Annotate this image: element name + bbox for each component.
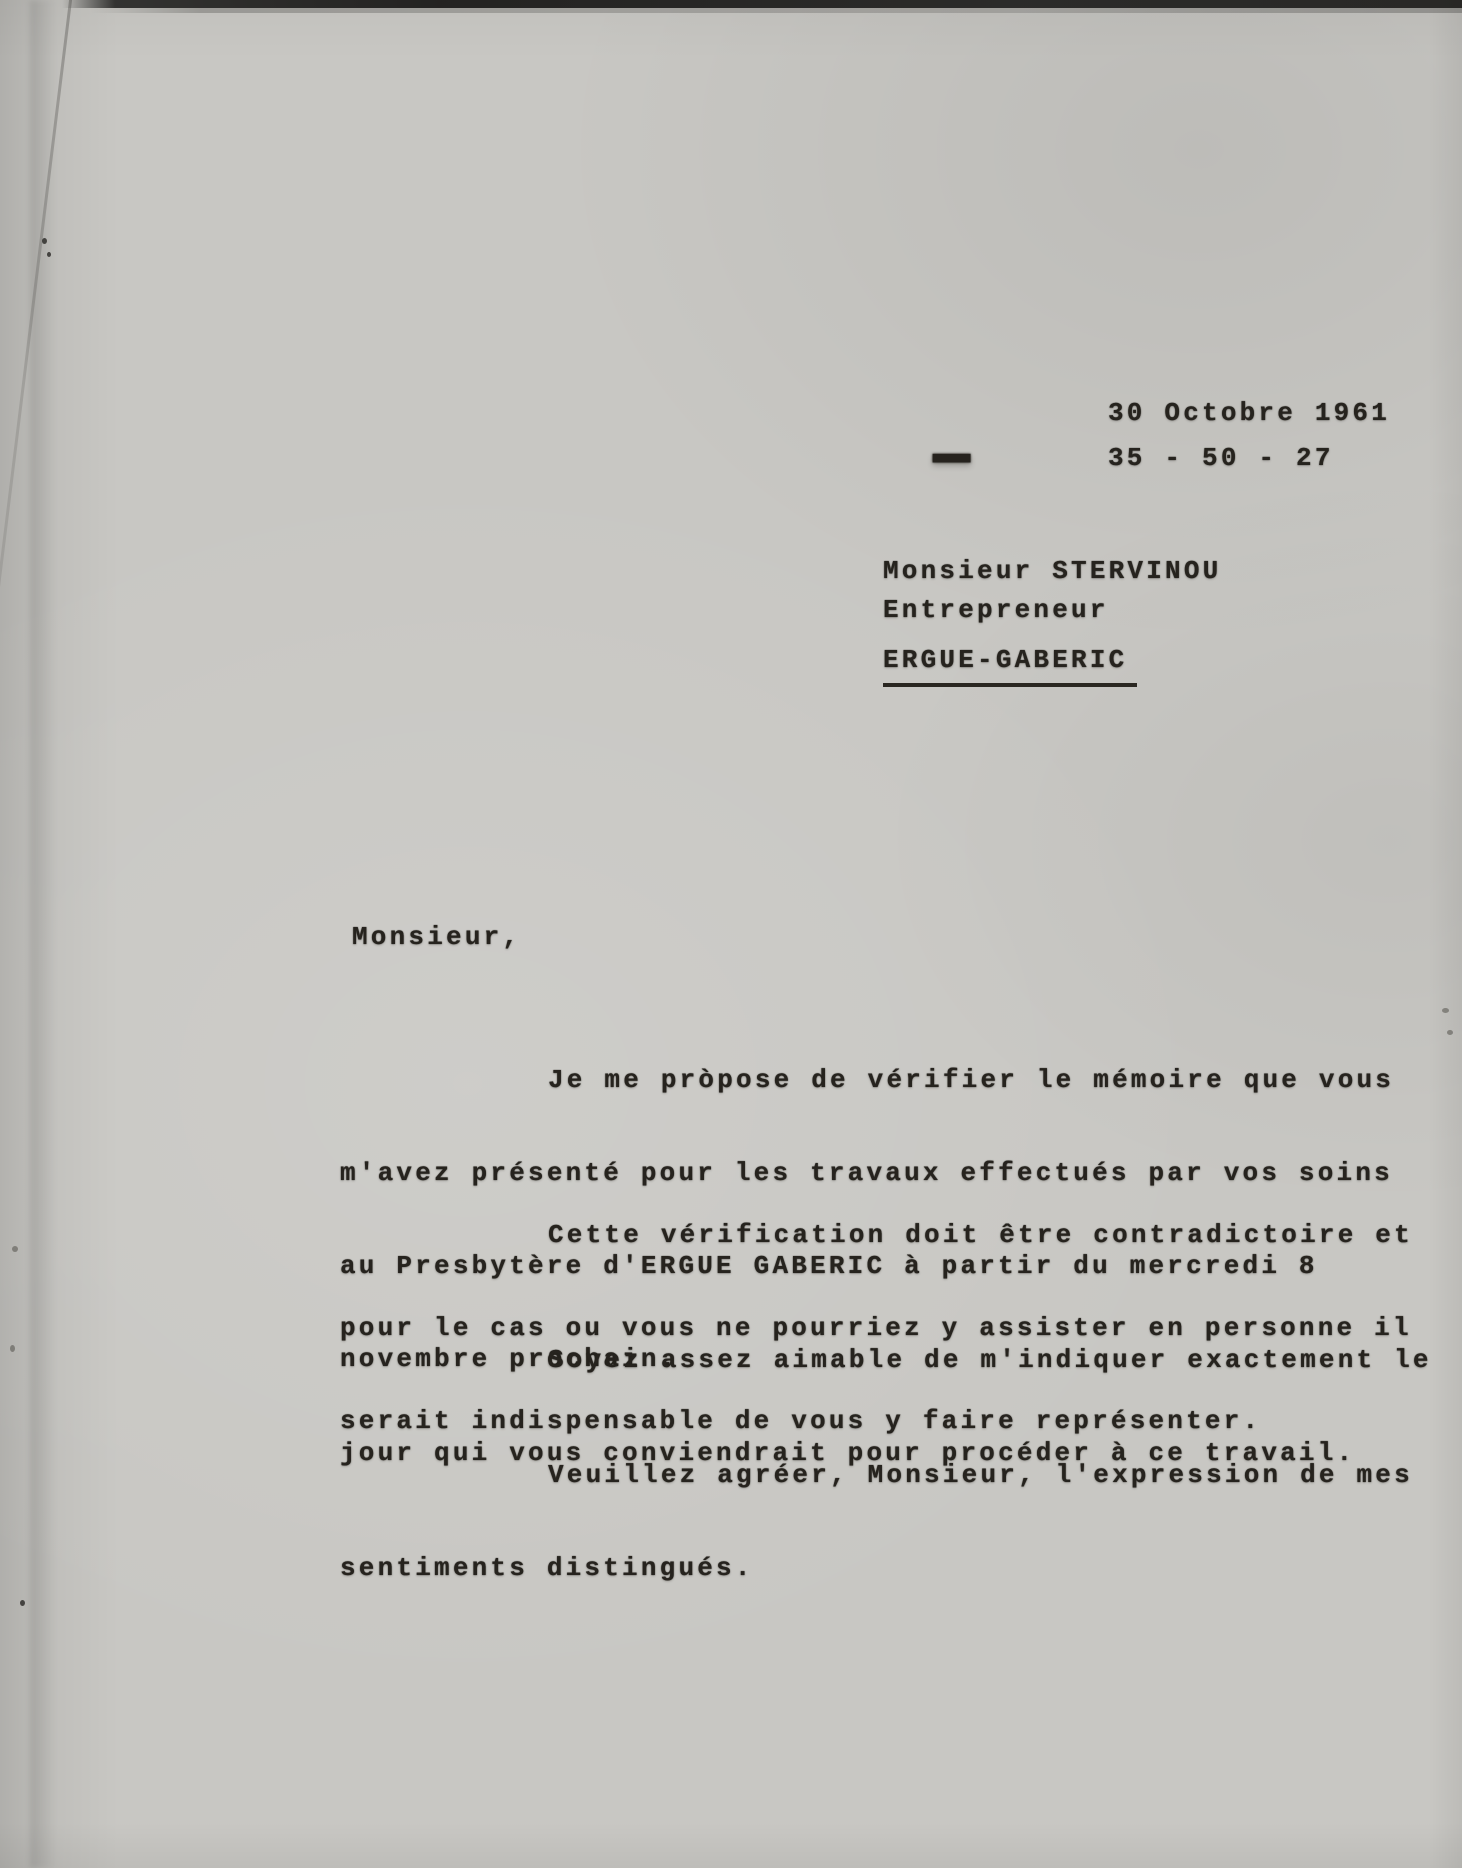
paragraph-line: sentiments distingués.: [340, 1553, 1413, 1584]
scan-speck: [10, 1345, 15, 1352]
recipient-title: Entrepreneur: [883, 591, 1109, 629]
scan-top-edge: [0, 0, 1462, 8]
scan-speck: [1447, 1030, 1453, 1035]
salutation: Monsieur,: [352, 922, 521, 953]
recipient-city: ERGUE-GABERIC: [883, 645, 1137, 687]
dash-glyph: —: [933, 406, 978, 511]
left-fold-shadow: [30, 0, 56, 1868]
recipient-name: Monsieur STERVINOU: [883, 552, 1221, 590]
paragraph-line: Je me pròpose de vérifier le mémoire que…: [548, 1065, 1394, 1096]
paragraph-4: Veuillez agréer, Monsieur, l'expression …: [340, 1398, 1413, 1646]
reference-dash: —: [946, 443, 965, 474]
reference-number: 35 - 50 - 27: [1108, 443, 1334, 474]
paragraph-line: Soyez assez aimable de m'indiquer exacte…: [548, 1345, 1432, 1376]
scan-speck: [42, 238, 47, 244]
scan-speck: [12, 1246, 18, 1252]
scan-speck: [1442, 1008, 1449, 1013]
letter-date: 30 Octobre 1961: [1108, 398, 1390, 429]
recipient-city-text: ERGUE-GABERIC: [883, 645, 1137, 687]
scan-speck: [20, 1600, 25, 1606]
scan-speck: [47, 252, 51, 257]
scanned-letter-page: 30 Octobre 1961 — 35 - 50 - 27 Monsieur …: [0, 0, 1462, 1868]
scan-top-edge-shadow: [0, 8, 1462, 13]
paragraph-line: Cette vérification doit être contradicto…: [548, 1220, 1413, 1251]
paragraph-line: Veuillez agréer, Monsieur, l'expression …: [548, 1460, 1413, 1491]
